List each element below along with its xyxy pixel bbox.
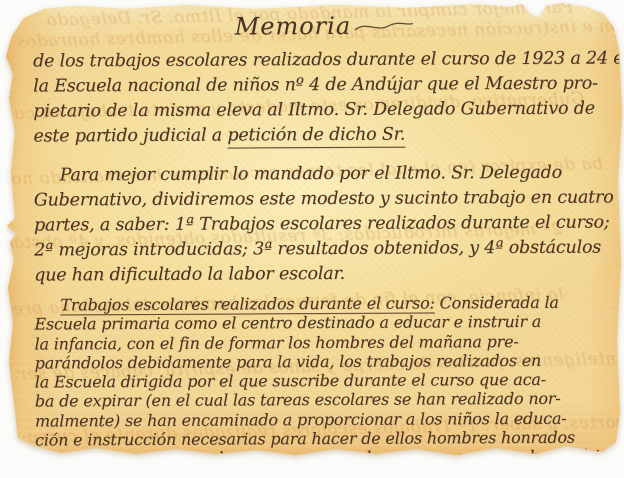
line-text: este partido judicial a: [33, 126, 227, 147]
manuscript-content: Memoria de los trabajos escolares realiz…: [33, 8, 619, 460]
paper-wrap: Para mejor cumplir lo mandado por el Ilt…: [0, 0, 624, 478]
manuscript-line: que han dificultado la labor escolar.: [34, 260, 618, 288]
manuscript-line: la Escuela nacional de niños nº 4 de And…: [33, 71, 617, 99]
trabajos-escolares-paragraph: Trabajos escolares realizados durante el…: [34, 292, 619, 460]
manuscript-line: de los trabajos escolares realizados dur…: [33, 46, 617, 74]
manuscript-line: pietario de la misma eleva al Iltmo. Sr.…: [33, 96, 617, 124]
document-title: Memoria: [235, 12, 352, 41]
manuscript-line: Escuela primaria como el centro destinad…: [34, 312, 618, 334]
manuscript-line: 2ª mejoras introducidas; 3ª resultados o…: [34, 235, 618, 263]
division-paragraph: Para mejor cumplir lo mandado por el Ilt…: [34, 160, 619, 288]
flourish-swash-icon: [353, 20, 415, 34]
manuscript-line: partes, a saber: 1ª Trabajos escolares r…: [34, 210, 618, 238]
underlined-heading: Trabajos escolares realizados durante el…: [60, 293, 434, 314]
opening-paragraph: de los trabajos escolares realizados dur…: [33, 46, 618, 149]
manuscript-line: e inteligentes, fuertes de cuerpo y sano…: [35, 447, 619, 460]
manuscript-page: Para mejor cumplir lo mandado por el Ilt…: [6, 2, 622, 460]
line-text: Considerada la: [435, 293, 559, 313]
title-row: Memoria: [33, 10, 617, 45]
underlined-phrase: petición de dicho Sr.: [227, 125, 405, 146]
scan-background: Para mejor cumplir lo mandado por el Ilt…: [0, 0, 624, 478]
manuscript-line: Para mejor cumplir lo mandado por el Ilt…: [34, 160, 618, 188]
manuscript-line: este partido judicial a petición de dich…: [33, 121, 617, 149]
manuscript-line: Gubernativo, dividiremos este modesto y …: [34, 185, 618, 213]
